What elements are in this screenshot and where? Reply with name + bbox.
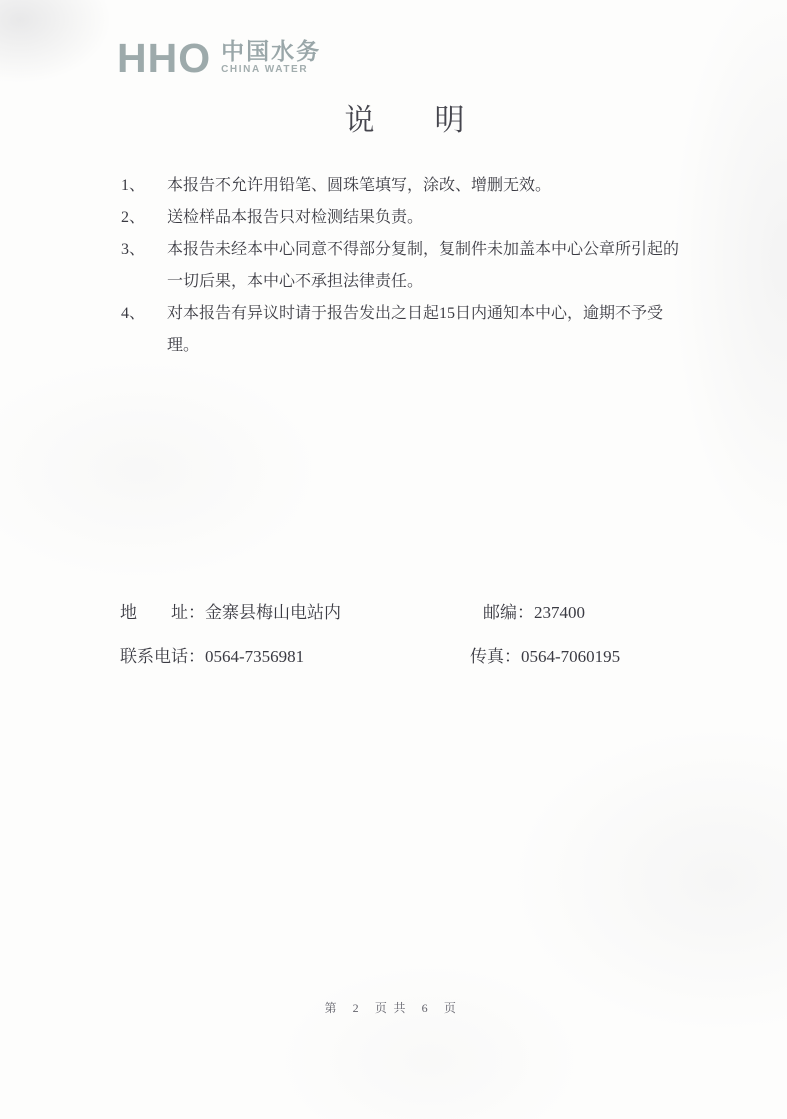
note-text: 本报告未经本中心同意不得部分复制，复制件未加盖本中心公章所引起的 一切后果，本中… [167, 234, 681, 298]
phone-label: 联系电话： [120, 647, 205, 666]
logo-name-cn: 中国水务 [221, 38, 321, 64]
phone-value: 0564-7356981 [205, 647, 304, 666]
note-text-line: 对本报告有异议时请于报告发出之日起15日内通知本中心，逾期不予受 [167, 298, 681, 330]
logo-wordmark: 中国水务 CHINA WATER [221, 38, 321, 76]
logo-name-en: CHINA WATER [221, 64, 321, 76]
address-label: 地 址： [120, 603, 205, 622]
note-text-line: 理。 [167, 330, 681, 362]
contact-row-address: 地 址：金寨县梅山电站内 邮编：237400 [120, 601, 680, 645]
phone-field: 联系电话：0564-7356981 [120, 645, 304, 669]
page-footer: 第 2 页共 6 页 [0, 999, 787, 1016]
note-number: 3、 [121, 234, 167, 298]
contact-row-phone: 联系电话：0564-7356981 传真：0564-7060195 [120, 645, 680, 689]
company-logo: HHO 中国水务 CHINA WATER [117, 36, 321, 80]
note-text-line: 本报告不允许用铅笔、圆珠笔填写，涂改、增删无效。 [167, 170, 681, 202]
address-field: 地 址：金寨县梅山电站内 [120, 601, 341, 625]
note-item: 2、 送检样品本报告只对检测结果负责。 [121, 202, 681, 234]
fax-value: 0564-7060195 [521, 647, 620, 666]
report-page: HHO 中国水务 CHINA WATER 说 明 1、 本报告不允许用铅笔、圆珠… [0, 0, 787, 1119]
postcode-field: 邮编：237400 [483, 601, 585, 625]
logo-acronym: HHO [117, 36, 211, 80]
note-text-line: 送检样品本报告只对检测结果负责。 [167, 202, 681, 234]
contact-block: 地 址：金寨县梅山电站内 邮编：237400 联系电话：0564-7356981… [120, 601, 680, 689]
note-number: 4、 [121, 298, 167, 362]
note-number: 2、 [121, 202, 167, 234]
page-title: 说 明 [0, 95, 787, 139]
address-value: 金寨县梅山电站内 [205, 603, 341, 622]
fax-label: 传真： [470, 647, 521, 666]
note-item: 1、 本报告不允许用铅笔、圆珠笔填写，涂改、增删无效。 [121, 170, 681, 202]
note-number: 1、 [121, 170, 167, 202]
note-item: 4、 对本报告有异议时请于报告发出之日起15日内通知本中心，逾期不予受 理。 [121, 298, 681, 362]
note-text: 对本报告有异议时请于报告发出之日起15日内通知本中心，逾期不予受 理。 [167, 298, 681, 362]
postcode-value: 237400 [534, 603, 585, 622]
note-text-line: 一切后果，本中心不承担法律责任。 [167, 266, 681, 298]
notes-list: 1、 本报告不允许用铅笔、圆珠笔填写，涂改、增删无效。 2、 送检样品本报告只对… [121, 170, 681, 362]
note-item: 3、 本报告未经本中心同意不得部分复制，复制件未加盖本中心公章所引起的 一切后果… [121, 234, 681, 298]
postcode-label: 邮编： [483, 603, 534, 622]
note-text: 本报告不允许用铅笔、圆珠笔填写，涂改、增删无效。 [167, 170, 681, 202]
note-text: 送检样品本报告只对检测结果负责。 [167, 202, 681, 234]
fax-field: 传真：0564-7060195 [470, 645, 620, 669]
note-text-line: 本报告未经本中心同意不得部分复制，复制件未加盖本中心公章所引起的 [167, 234, 681, 266]
